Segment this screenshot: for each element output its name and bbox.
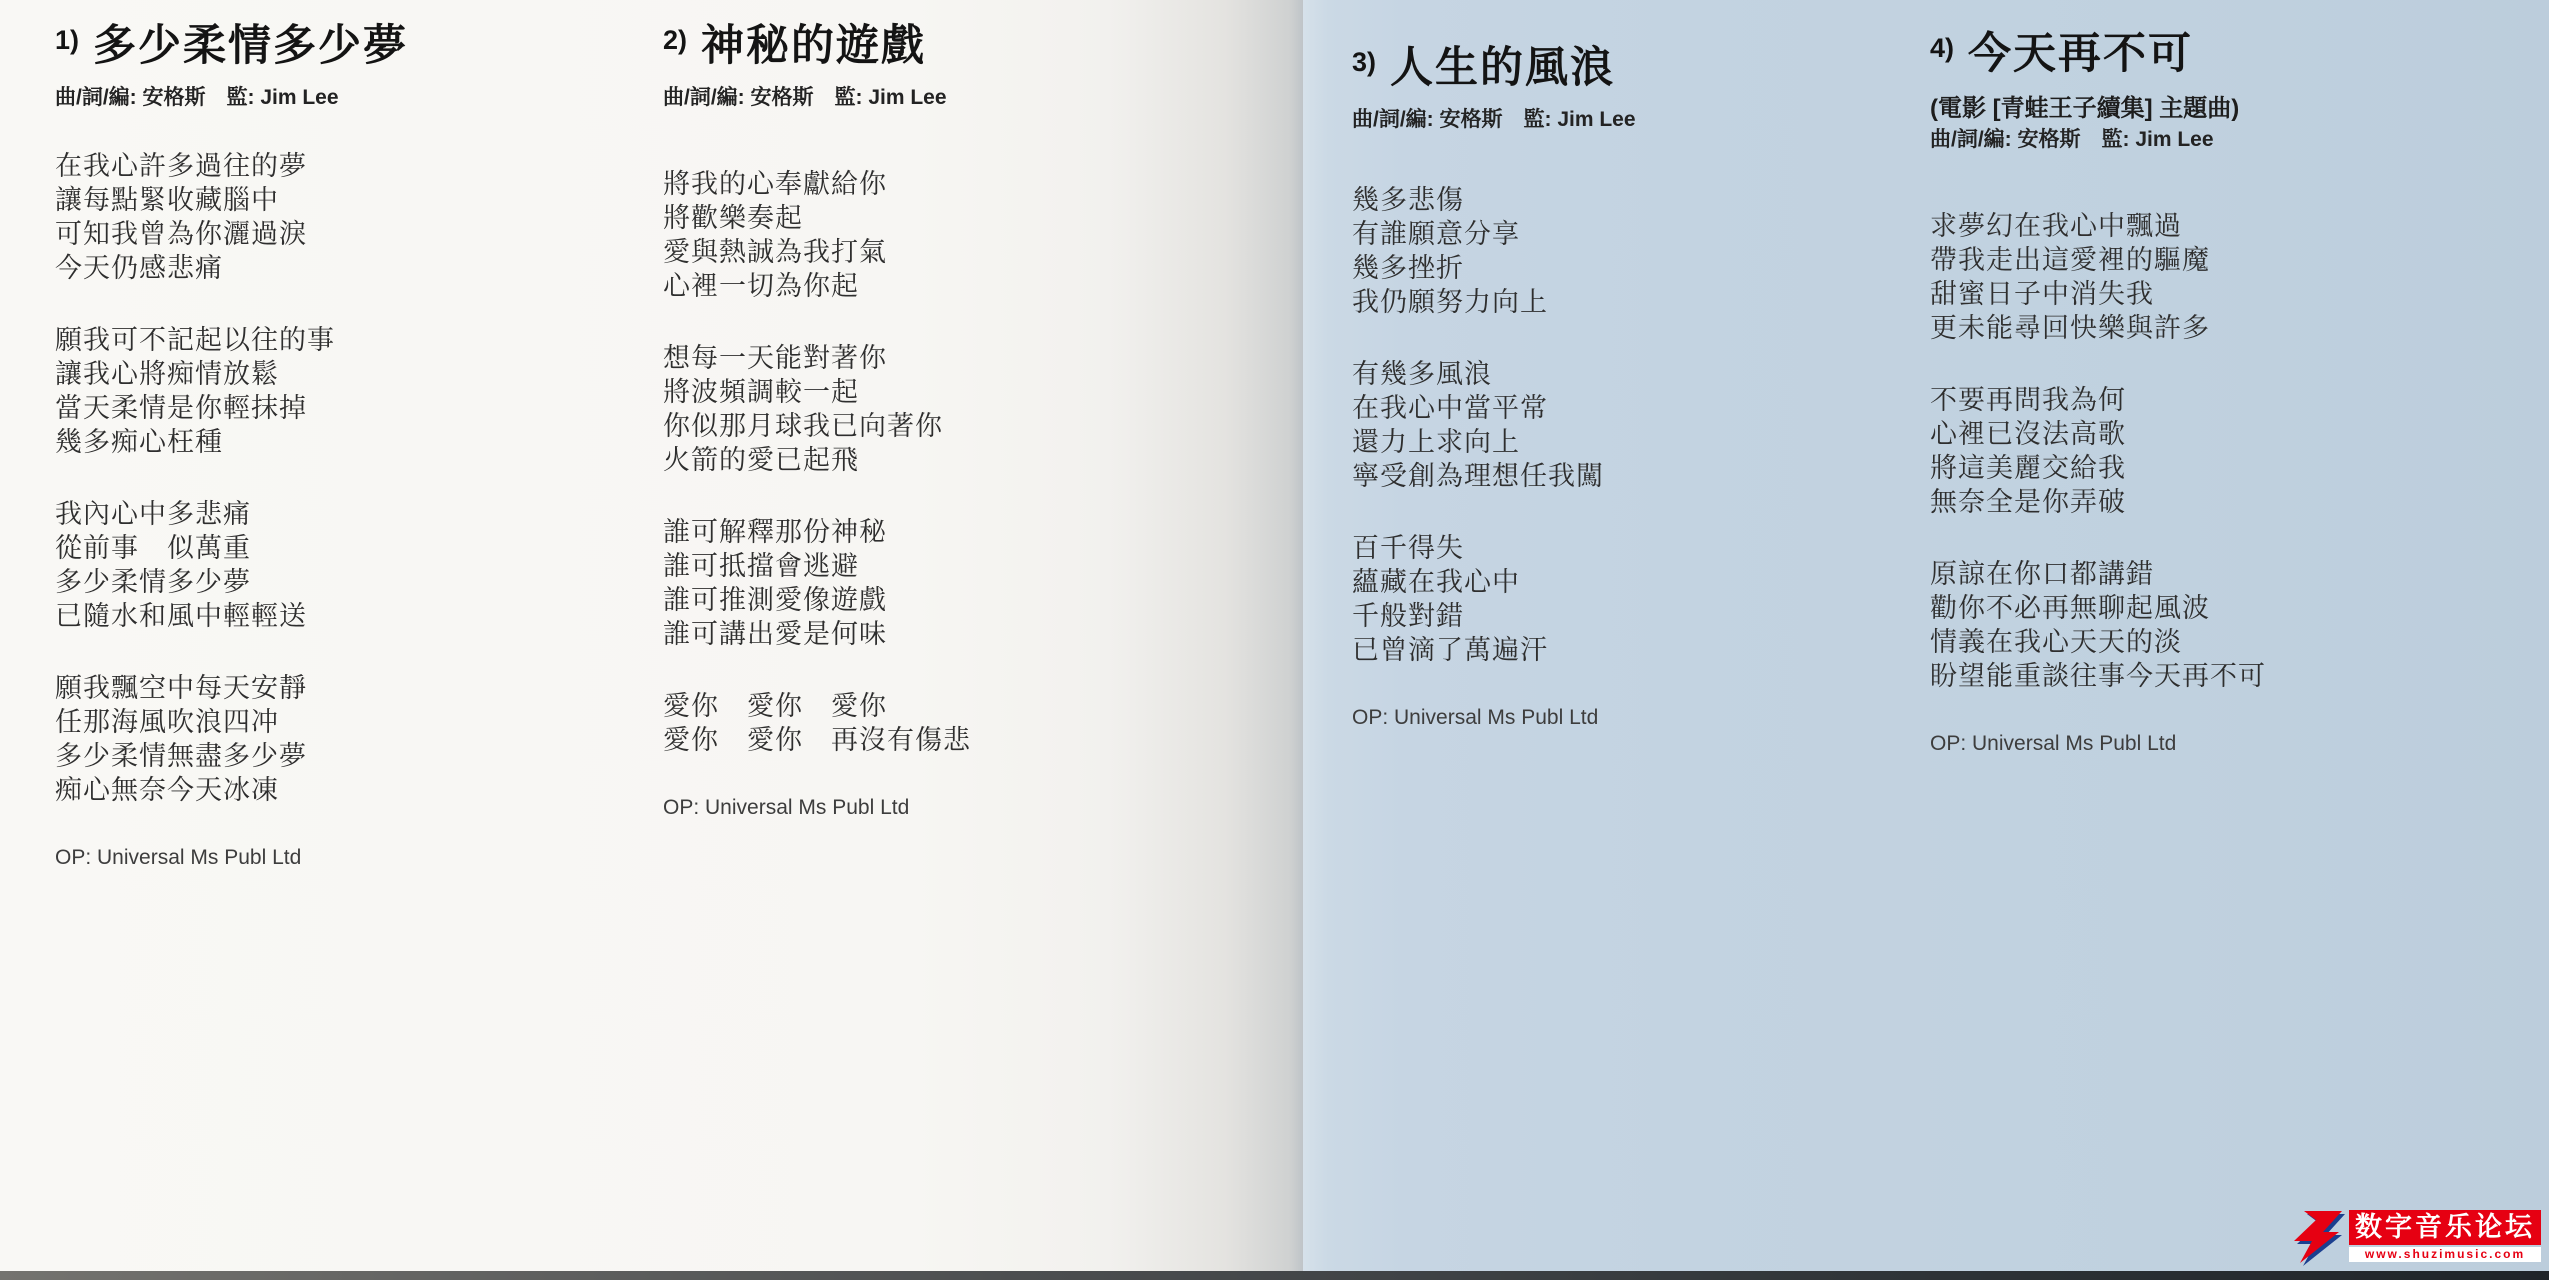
song-title: 1)多少柔情多少夢 <box>55 20 635 79</box>
lyric-line: 在我心許多過往的夢 <box>55 149 635 183</box>
lyric-line: 不要再問我為何 <box>1930 383 2540 417</box>
song-title-text: 今天再不可 <box>1968 30 2193 78</box>
song-lyrics: 幾多悲傷有誰願意分享幾多挫折我仍願努力向上有幾多風浪在我心中當平常還力上求向上寧… <box>1352 183 1912 667</box>
lyrics-stanza: 在我心許多過往的夢讓每點緊收藏腦中可知我曾為你灑過淚今天仍感悲痛 <box>55 149 635 285</box>
song-credits: 曲/詞/編: 安格斯 監: Jim Lee <box>55 85 635 111</box>
lyric-line: 千般對錯 <box>1352 599 1912 633</box>
lyric-line: 可知我曾為你灑過淚 <box>55 217 635 251</box>
lyric-line: 將波頻調較一起 <box>663 375 1273 409</box>
lyrics-stanza: 不要再問我為何心裡已沒法高歌將這美麗交給我無奈全是你弄破 <box>1930 383 2540 519</box>
lyrics-stanza: 將我的心奉獻給你將歡樂奏起愛與熱誠為我打氣心裡一切為你起 <box>663 167 1273 303</box>
publisher-line: OP: Universal Ms Publ Ltd <box>55 845 635 871</box>
watermark-url: www.shuzimusic.com <box>2349 1247 2541 1262</box>
lyric-line: 任那海風吹浪四冲 <box>55 705 635 739</box>
lyrics-stanza: 幾多悲傷有誰願意分享幾多挫折我仍願努力向上 <box>1352 183 1912 319</box>
lyric-line: 心裡已沒法高歌 <box>1930 417 2540 451</box>
song-subtitle: (電影 [青蛙王子續集] 主題曲) <box>1930 93 2540 125</box>
song-number: 1) <box>55 14 79 66</box>
publisher-line: OP: Universal Ms Publ Ltd <box>1930 731 2540 757</box>
lyric-line: 勸你不必再無聊起風波 <box>1930 591 2540 625</box>
lyric-line: 願我可不記起以往的事 <box>55 323 635 357</box>
song-column-3: 3)人生的風浪 曲/詞/編: 安格斯 監: Jim Lee 幾多悲傷有誰願意分享… <box>1352 42 1912 731</box>
lyric-line: 幾多痴心枉種 <box>55 425 635 459</box>
song-title: 3)人生的風浪 <box>1352 42 1912 101</box>
lyric-line: 我內心中多悲痛 <box>55 497 635 531</box>
lyric-line: 愛與熱誠為我打氣 <box>663 235 1273 269</box>
song-credits: 曲/詞/編: 安格斯 監: Jim Lee <box>1352 107 1912 133</box>
lyric-line: 百千得失 <box>1352 531 1912 565</box>
lyric-line: 幾多悲傷 <box>1352 183 1912 217</box>
song-title: 4)今天再不可 <box>1930 28 2540 87</box>
publisher-line: OP: Universal Ms Publ Ltd <box>663 795 1273 821</box>
song-lyrics: 將我的心奉獻給你將歡樂奏起愛與熱誠為我打氣心裡一切為你起想每一天能對著你將波頻調… <box>663 167 1273 757</box>
scan-bottom-edge <box>0 1271 2549 1280</box>
watermark-text: 数字音乐论坛 www.shuzimusic.com <box>2349 1210 2541 1262</box>
song-column-1: 1)多少柔情多少夢 曲/詞/編: 安格斯 監: Jim Lee 在我心許多過往的… <box>55 20 635 871</box>
song-title: 2)神秘的遊戲 <box>663 20 1273 79</box>
lyric-line: 讓每點緊收藏腦中 <box>55 183 635 217</box>
lyric-line: 將我的心奉獻給你 <box>663 167 1273 201</box>
lyric-line: 寧受創為理想任我闖 <box>1352 459 1912 493</box>
song-number: 3) <box>1352 36 1376 88</box>
lyric-line: 蘊藏在我心中 <box>1352 565 1912 599</box>
lyric-line: 有幾多風浪 <box>1352 357 1912 391</box>
lyric-line: 多少柔情多少夢 <box>55 565 635 599</box>
lyric-line: 盼望能重談往事今天再不可 <box>1930 659 2540 693</box>
lyric-line: 從前事 似萬重 <box>55 531 635 565</box>
lyric-line: 今天仍感悲痛 <box>55 251 635 285</box>
lyrics-stanza: 有幾多風浪在我心中當平常還力上求向上寧受創為理想任我闖 <box>1352 357 1912 493</box>
shuzimusic-logo-icon <box>2292 1210 2346 1268</box>
lyrics-stanza: 原諒在你口都講錯勸你不必再無聊起風波情義在我心天天的淡盼望能重談往事今天再不可 <box>1930 557 2540 693</box>
song-title-text: 人生的風浪 <box>1390 44 1615 92</box>
lyric-line: 願我飄空中每天安靜 <box>55 671 635 705</box>
lyric-line: 還力上求向上 <box>1352 425 1912 459</box>
lyric-line: 情義在我心天天的淡 <box>1930 625 2540 659</box>
lyrics-stanza: 愛你 愛你 愛你愛你 愛你 再沒有傷悲 <box>663 689 1273 757</box>
lyric-line: 甜蜜日子中消失我 <box>1930 277 2540 311</box>
lyric-line: 你似那月球我已向著你 <box>663 409 1273 443</box>
lyric-line: 幾多挫折 <box>1352 251 1912 285</box>
lyric-line: 帶我走出這愛裡的驅魔 <box>1930 243 2540 277</box>
lyrics-stanza: 願我可不記起以往的事讓我心將痴情放鬆當天柔情是你輕抹掉幾多痴心枉種 <box>55 323 635 459</box>
lyrics-stanza: 我內心中多悲痛從前事 似萬重多少柔情多少夢已隨水和風中輕輕送 <box>55 497 635 633</box>
lyric-line: 讓我心將痴情放鬆 <box>55 357 635 391</box>
lyric-line: 將這美麗交給我 <box>1930 451 2540 485</box>
lyric-line: 火箭的愛已起飛 <box>663 443 1273 477</box>
lyric-line: 在我心中當平常 <box>1352 391 1912 425</box>
song-credits: 曲/詞/編: 安格斯 監: Jim Lee <box>663 85 1273 111</box>
lyric-line: 誰可推測愛像遊戲 <box>663 583 1273 617</box>
lyric-line: 心裡一切為你起 <box>663 269 1273 303</box>
lyrics-stanza: 百千得失蘊藏在我心中千般對錯已曾滴了萬遍汗 <box>1352 531 1912 667</box>
lyric-line: 已隨水和風中輕輕送 <box>55 599 635 633</box>
lyric-line: 愛你 愛你 再沒有傷悲 <box>663 723 1273 757</box>
song-title-text: 多少柔情多少夢 <box>93 22 408 70</box>
song-number: 2) <box>663 14 687 66</box>
lyric-line: 我仍願努力向上 <box>1352 285 1912 319</box>
lyric-line: 原諒在你口都講錯 <box>1930 557 2540 591</box>
lyric-line: 誰可解釋那份神秘 <box>663 515 1273 549</box>
song-column-4: 4)今天再不可 (電影 [青蛙王子續集] 主題曲) 曲/詞/編: 安格斯 監: … <box>1930 28 2540 757</box>
lyric-line: 想每一天能對著你 <box>663 341 1273 375</box>
lyric-line: 有誰願意分享 <box>1352 217 1912 251</box>
song-title-text: 神秘的遊戲 <box>701 22 926 70</box>
lyrics-stanza: 想每一天能對著你將波頻調較一起你似那月球我已向著你火箭的愛已起飛 <box>663 341 1273 477</box>
watermark: 数字音乐论坛 www.shuzimusic.com <box>2292 1210 2541 1268</box>
lyric-line: 痴心無奈今天冰凍 <box>55 773 635 807</box>
watermark-site-name: 数字音乐论坛 <box>2349 1210 2541 1245</box>
lyric-line: 誰可講出愛是何味 <box>663 617 1273 651</box>
song-number: 4) <box>1930 22 1954 74</box>
lyrics-stanza: 求夢幻在我心中飄過帶我走出這愛裡的驅魔甜蜜日子中消失我更未能尋回快樂與許多 <box>1930 209 2540 345</box>
lyric-line: 已曾滴了萬遍汗 <box>1352 633 1912 667</box>
song-lyrics: 求夢幻在我心中飄過帶我走出這愛裡的驅魔甜蜜日子中消失我更未能尋回快樂與許多不要再… <box>1930 209 2540 693</box>
lyric-line: 更未能尋回快樂與許多 <box>1930 311 2540 345</box>
lyrics-stanza: 誰可解釋那份神秘誰可抵擋會逃避誰可推測愛像遊戲誰可講出愛是何味 <box>663 515 1273 651</box>
song-credits: 曲/詞/編: 安格斯 監: Jim Lee <box>1930 127 2540 153</box>
song-lyrics: 在我心許多過往的夢讓每點緊收藏腦中可知我曾為你灑過淚今天仍感悲痛願我可不記起以往… <box>55 149 635 807</box>
publisher-line: OP: Universal Ms Publ Ltd <box>1352 705 1912 731</box>
lyrics-stanza: 願我飄空中每天安靜任那海風吹浪四冲多少柔情無盡多少夢痴心無奈今天冰凍 <box>55 671 635 807</box>
lyric-line: 將歡樂奏起 <box>663 201 1273 235</box>
lyric-line: 無奈全是你弄破 <box>1930 485 2540 519</box>
lyric-line: 當天柔情是你輕抹掉 <box>55 391 635 425</box>
lyric-line: 誰可抵擋會逃避 <box>663 549 1273 583</box>
lyric-line: 愛你 愛你 愛你 <box>663 689 1273 723</box>
song-column-2: 2)神秘的遊戲 曲/詞/編: 安格斯 監: Jim Lee 將我的心奉獻給你將歡… <box>663 20 1273 821</box>
lyric-line: 多少柔情無盡多少夢 <box>55 739 635 773</box>
lyric-line: 求夢幻在我心中飄過 <box>1930 209 2540 243</box>
